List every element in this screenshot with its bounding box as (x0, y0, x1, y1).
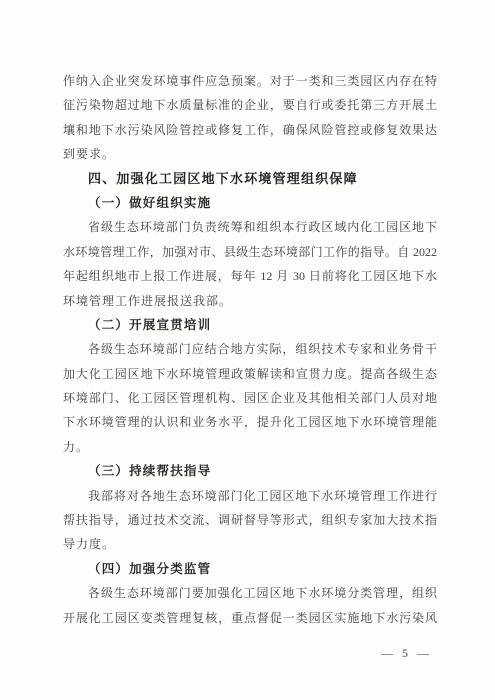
paragraph-line: 征污染物超过地下水质量标准的企业，要自行或委托第三方开展土 (63, 93, 437, 117)
page-number: — 5 — (381, 643, 432, 663)
paragraph-line: 作纳入企业突发环境事件应急预案。对于一类和三类园区内存在特 (63, 69, 437, 93)
paragraph-line: 水环境管理工作，加强对市、县级生态环境部门工作的指导。自 2022 (63, 240, 437, 264)
paragraph-line: 到要求。 (63, 142, 437, 166)
paragraph-line: 省级生态环境部门负责统筹和组织本行政区域内化工园区地下 (63, 215, 437, 239)
paragraph-line: 导力度。 (63, 532, 437, 556)
paragraph-line: 各级生态环境部门要加强化工园区地下水环境分类管理，组织 (63, 581, 437, 605)
paragraph-line: 环境部门、化工园区管理机构、园区企业及其他相关部门人员对地 (63, 386, 437, 410)
subsection-heading: （二）开展宣贯培训 (63, 313, 437, 337)
paragraph-line: 开展化工园区变类管理复核，重点督促一类园区实施地下水污染风 (63, 606, 437, 630)
document-body: 作纳入企业突发环境事件应急预案。对于一类和三类园区内存在特征污染物超过地下水质量… (63, 69, 437, 630)
subsection-heading: （一）做好组织实施 (63, 191, 437, 215)
paragraph-line: 力。 (63, 435, 437, 459)
subsection-heading: （四）加强分类监管 (63, 557, 437, 581)
paragraph-line: 壤和地下水污染风险管控或修复工作，确保风险管控或修复效果达 (63, 118, 437, 142)
paragraph-line: 环境管理工作进展报送我部。 (63, 289, 437, 313)
paragraph-line: 我部将对各地生态环境部门化工园区地下水环境管理工作进行 (63, 484, 437, 508)
paragraph-line: 加大化工园区地下水环境管理政策解读和宣贯力度。提高各级生态 (63, 362, 437, 386)
paragraph-line: 年起组织地市上报工作进展，每年 12 月 30 日前将化工园区地下水 (63, 264, 437, 288)
paragraph-line: 各级生态环境部门应结合地方实际，组织技术专家和业务骨干 (63, 337, 437, 361)
document-page: 作纳入企业突发环境事件应急预案。对于一类和三类园区内存在特征污染物超过地下水质量… (0, 0, 495, 700)
paragraph-line: 下水环境管理的认识和业务水平，提升化工园区地下水环境管理能 (63, 410, 437, 434)
subsection-heading: （三）持续帮扶指导 (63, 459, 437, 483)
section-heading: 四、加强化工园区地下水环境管理组织保障 (63, 167, 437, 191)
paragraph-line: 帮扶指导，通过技术交流、调研督导等形式，组织专家加大技术指 (63, 508, 437, 532)
